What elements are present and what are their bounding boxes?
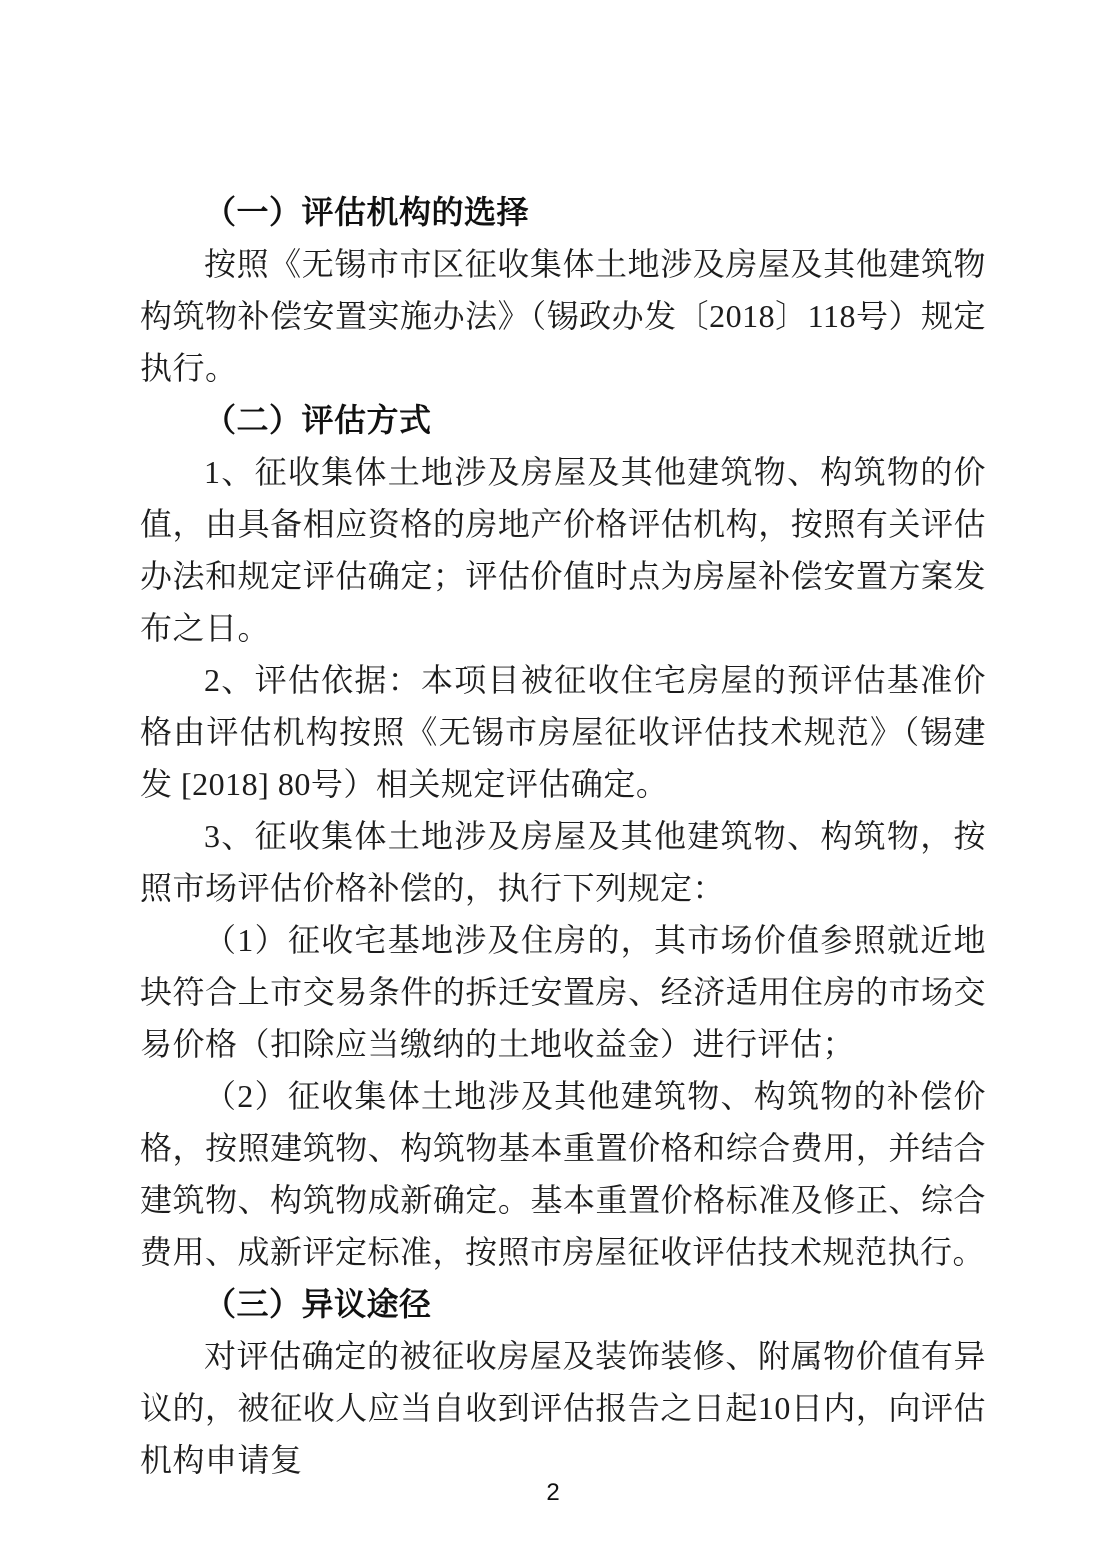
- section-heading: （三）异议途径: [140, 1278, 986, 1330]
- section-heading: （二）评估方式: [140, 394, 986, 446]
- page-number: 2: [0, 1479, 1106, 1507]
- body-paragraph: 1、征收集体土地涉及房屋及其他建筑物、构筑物的价值，由具备相应资格的房地产价格评…: [140, 446, 986, 654]
- body-paragraph: 3、征收集体土地涉及房屋及其他建筑物、构筑物，按照市场评估价格补偿的，执行下列规…: [140, 810, 986, 914]
- document-body: （一）评估机构的选择 按照《无锡市市区征收集体土地涉及房屋及其他建筑物构筑物补偿…: [140, 186, 986, 1486]
- body-paragraph: （1）征收宅基地涉及住房的，其市场价值参照就近地块符合上市交易条件的拆迁安置房、…: [140, 914, 986, 1070]
- body-paragraph: 2、评估依据：本项目被征收住宅房屋的预评估基准价格由评估机构按照《无锡市房屋征收…: [140, 654, 986, 810]
- section-heading: （一）评估机构的选择: [140, 186, 986, 238]
- body-paragraph: （2）征收集体土地涉及其他建筑物、构筑物的补偿价格，按照建筑物、构筑物基本重置价…: [140, 1070, 986, 1278]
- body-paragraph: 按照《无锡市市区征收集体土地涉及房屋及其他建筑物构筑物补偿安置实施办法》（锡政办…: [140, 238, 986, 394]
- document-page: （一）评估机构的选择 按照《无锡市市区征收集体土地涉及房屋及其他建筑物构筑物补偿…: [0, 0, 1106, 1559]
- body-paragraph: 对评估确定的被征收房屋及装饰装修、附属物价值有异议的，被征收人应当自收到评估报告…: [140, 1330, 986, 1486]
